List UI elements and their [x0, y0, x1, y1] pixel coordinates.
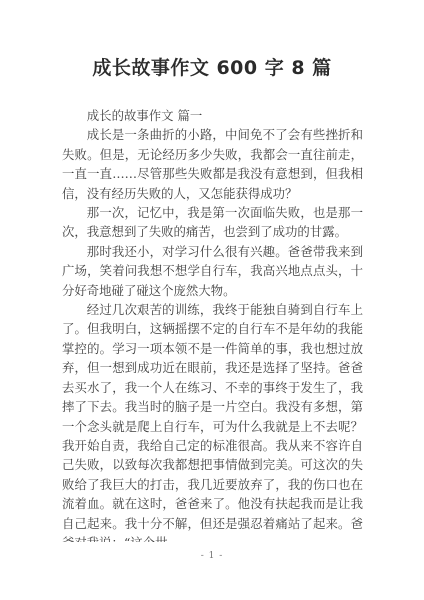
page-number: - 1 -: [0, 551, 424, 561]
section-heading: 成长的故事作文 篇一: [62, 106, 363, 125]
document-title: 成长故事作文 600 字 8 篇: [0, 53, 424, 80]
body-paragraph: 经过几次艰苦的训练，我终于能独自骑到自行车上了。但我明白，这辆摇摆不定的自行车不…: [62, 300, 363, 542]
body-paragraph: 成长是一条曲折的小路，中间免不了会有些挫折和失败。但是，无论经历多少失败，我都会…: [62, 125, 363, 203]
body-paragraph: 那一次，记忆中，我是第一次面临失败，也是那一次，我意想到了失败的痛苦，也尝到了成…: [62, 203, 363, 242]
document-body: 成长的故事作文 篇一 成长是一条曲折的小路，中间免不了会有些挫折和失败。但是，无…: [62, 106, 363, 542]
document-page: 成长故事作文 600 字 8 篇 成长的故事作文 篇一 成长是一条曲折的小路，中…: [0, 0, 424, 600]
body-paragraph: 那时我还小，对学习什么很有兴趣。爸爸带我来到广场，笑着问我想不想学自行车，我高兴…: [62, 242, 363, 300]
